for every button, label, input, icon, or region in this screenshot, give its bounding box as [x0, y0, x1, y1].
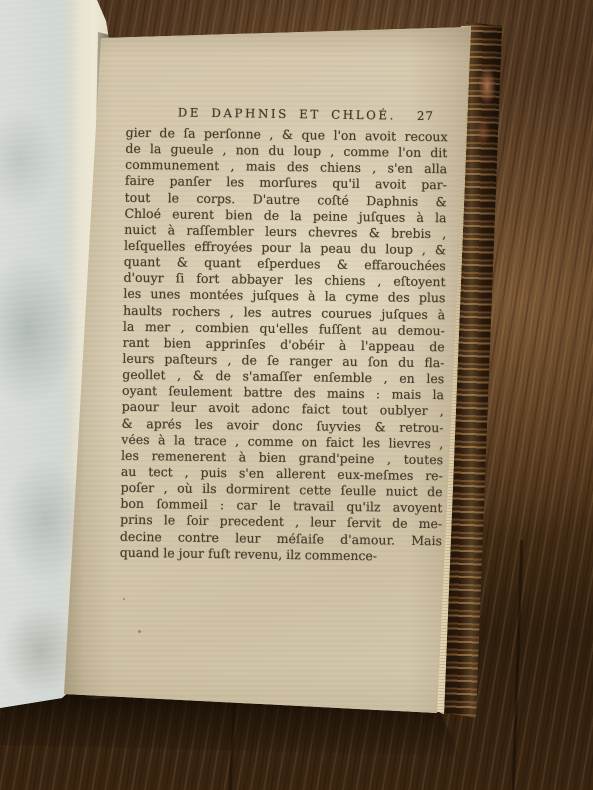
running-title: DE DAPHNIS ET CHLOÉ. — [178, 105, 396, 122]
foxing-speck — [352, 118, 354, 120]
page-header: DE DAPHNIS ET CHLOÉ. 27 — [126, 105, 448, 124]
foxing-speck — [123, 598, 125, 600]
book-page: DE DAPHNIS ET CHLOÉ. 27 gier de ſa perſo… — [60, 22, 475, 722]
page-text-column: DE DAPHNIS ET CHLOÉ. 27 gier de ſa perſo… — [120, 105, 448, 565]
foxing-speck — [138, 630, 141, 633]
page-number: 27 — [417, 109, 434, 123]
text-block: gier de ſa perſonne , & que l'on avoit r… — [120, 125, 448, 565]
book-photo: DE DAPHNIS ET CHLOÉ. 27 gier de ſa perſo… — [0, 0, 593, 790]
